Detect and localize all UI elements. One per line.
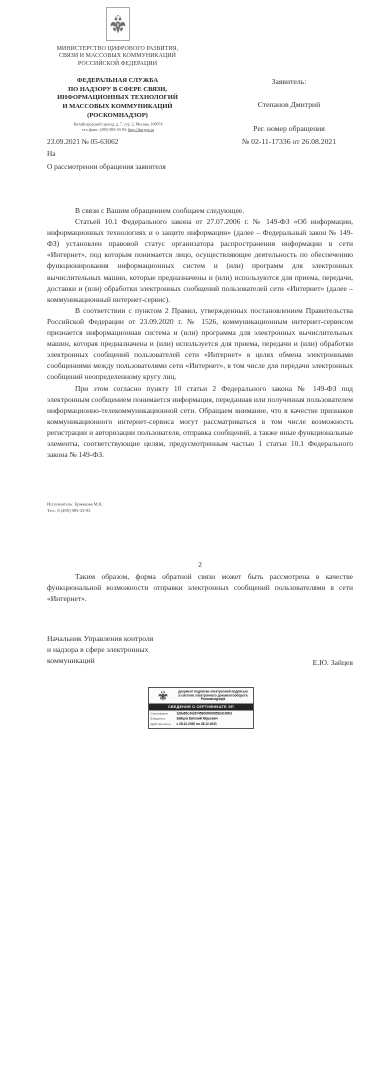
outgoing-date-number: 23.09.2021 № 05-63062 — [47, 136, 166, 148]
ministry-name: МИНИСТЕРСТВО ЦИФРОВОГО РАЗВИТИЯ, СВЯЗИ И… — [40, 46, 195, 68]
signature-block: Начальник Управления контроля и надзора … — [47, 634, 353, 667]
agency-line: (РОСКОМНАДЗОР) — [40, 112, 195, 121]
registration-number: № 02-11-17336 от 26.08.2021 — [200, 137, 378, 146]
e-signature-stamp: документ подписан электронной подписью в… — [148, 687, 254, 729]
executor-phone: Тел.: 8 (495) 983-33-93 — [47, 507, 207, 513]
addressee-name: Степанов Дмитрий — [200, 100, 378, 109]
signer-title-line: и надзора в сфере электронных — [47, 645, 199, 656]
stamp-row-validity: Действителен с 28.12.2020 по 28.12.2021 — [151, 722, 252, 727]
reply-to-label: На — [47, 148, 166, 160]
body-paragraph: При этом согласно пункту 10 статьи 2 Фед… — [47, 383, 353, 461]
address-contact-line: тел./факс: (495) 983-33-93; http://rkn.g… — [40, 127, 195, 132]
stamp-certificate-band: СВЕДЕНИЯ О СЕРТИФИКАТЕ ЭП — [149, 703, 253, 710]
addressee-block: Заявитель: Степанов Дмитрий Рег. номер о… — [200, 77, 378, 146]
agency-url: http://rkn.gov.ru — [128, 127, 154, 132]
scanned-letter-page: МИНИСТЕРСТВО ЦИФРОВОГО РАЗВИТИЯ, СВЯЗИ И… — [0, 0, 382, 1080]
signer-title-line: Начальник Управления контроля — [47, 634, 199, 645]
body-paragraph: Таким образом, форма обратной связи може… — [47, 571, 353, 604]
reference-block: 23.09.2021 № 05-63062 На О рассмотрении … — [47, 136, 166, 173]
stamp-row-label: Действителен — [151, 722, 177, 727]
stamp-certificate-details: Сертификат 1d6a65c34c87459000000852b4100… — [149, 710, 253, 728]
agency-address: Китайгородский проезд, д. 7, стр. 2, Мос… — [40, 122, 195, 134]
agency-line: ФЕДЕРАЛЬНАЯ СЛУЖБА — [40, 77, 195, 86]
addressee-label: Заявитель: — [200, 77, 378, 86]
ministry-line: РОССИЙСКОЙ ФЕДЕРАЦИИ — [40, 61, 195, 68]
stamp-header-text: документ подписан электронной подписью в… — [177, 688, 253, 703]
stamp-row-value: с 28.12.2020 по 28.12.2021 — [177, 722, 252, 727]
letterhead: МИНИСТЕРСТВО ЦИФРОВОГО РАЗВИТИЯ, СВЯЗИ И… — [40, 7, 195, 134]
agency-line: ИНФОРМАЦИОННЫХ ТЕХНОЛОГИЙ — [40, 94, 195, 103]
body-paragraph: Статьей 10.1 Федерального закона от 27.0… — [47, 216, 353, 305]
agency-line: И МАССОВЫХ КОММУНИКАЦИЙ — [40, 103, 195, 112]
body-paragraph: В связи с Вашим обращением сообщаем след… — [47, 205, 353, 216]
letter-body-page2: Таким образом, форма обратной связи може… — [47, 571, 353, 604]
letter-body: В связи с Вашим обращением сообщаем след… — [47, 205, 353, 460]
signer-title: Начальник Управления контроля и надзора … — [47, 634, 199, 667]
executor-block: Исполнитель: Ермакова М.К. Тел.: 8 (495)… — [47, 501, 207, 517]
signer-name: Е.Ю. Зайцев — [313, 658, 353, 667]
coat-of-arms-icon — [106, 7, 130, 41]
ministry-line: СВЯЗИ И МАССОВЫХ КОММУНИКАЦИЙ — [40, 53, 195, 60]
registration-label: Рег. номер обращения — [200, 124, 378, 133]
stamp-coat-of-arms-icon — [149, 688, 177, 703]
address-phone: тел./факс: (495) 983-33-93; — [81, 127, 127, 132]
body-paragraph: В соответствии с пунктом 2 Правил, утвер… — [47, 305, 353, 383]
signer-title-line: коммуникаций — [47, 656, 199, 667]
subject-line: О рассмотрении обращения заявителя — [47, 161, 166, 173]
page-number: 2 — [47, 560, 353, 569]
agency-name: ФЕДЕРАЛЬНАЯ СЛУЖБА ПО НАДЗОРУ В СФЕРЕ СВ… — [40, 77, 195, 120]
